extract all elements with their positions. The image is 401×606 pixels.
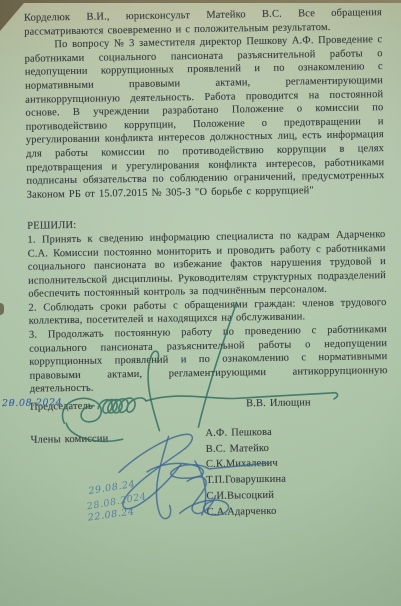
paragraph-question-3: По вопросу № 3 заместителя директор Пешк… <box>24 33 385 202</box>
member-name: В.С. Матейко <box>206 440 286 457</box>
member-name: А.Ф. Пешкова <box>205 425 285 442</box>
member-name: С.А.Адарченко <box>207 503 287 520</box>
document-body-text: Корделюк В.И., юрисконсульт Матейко В.С.… <box>0 0 401 397</box>
resolution-item-1: 1. Принять к сведению информацию специал… <box>27 228 386 302</box>
paper-sheet: Корделюк В.И., юрисконсульт Матейко В.С.… <box>0 3 401 606</box>
member-name: С.И.Высоцкий <box>206 487 286 504</box>
document-photo: Корделюк В.И., юрисконсульт Матейко В.С.… <box>0 0 401 606</box>
resolution-item-3: 3. Продолжать постоянную работу по прове… <box>29 323 388 397</box>
handwritten-date: 29.08.2024 <box>2 396 63 411</box>
chairman-name: В.В. Илющин <box>246 396 311 411</box>
member-name: С.К.Михалевич <box>206 456 286 473</box>
members-label: Члены комиссии <box>30 432 108 447</box>
member-signature-ink <box>156 437 171 519</box>
member-name: Т.П.Говарушкина <box>206 472 286 489</box>
document-content: Корделюк В.И., юрисконсульт Матейко В.С.… <box>0 0 401 606</box>
member-names-list: А.Ф. Пешкова В.С. Матейко С.К.Михалевич … <box>205 425 286 520</box>
